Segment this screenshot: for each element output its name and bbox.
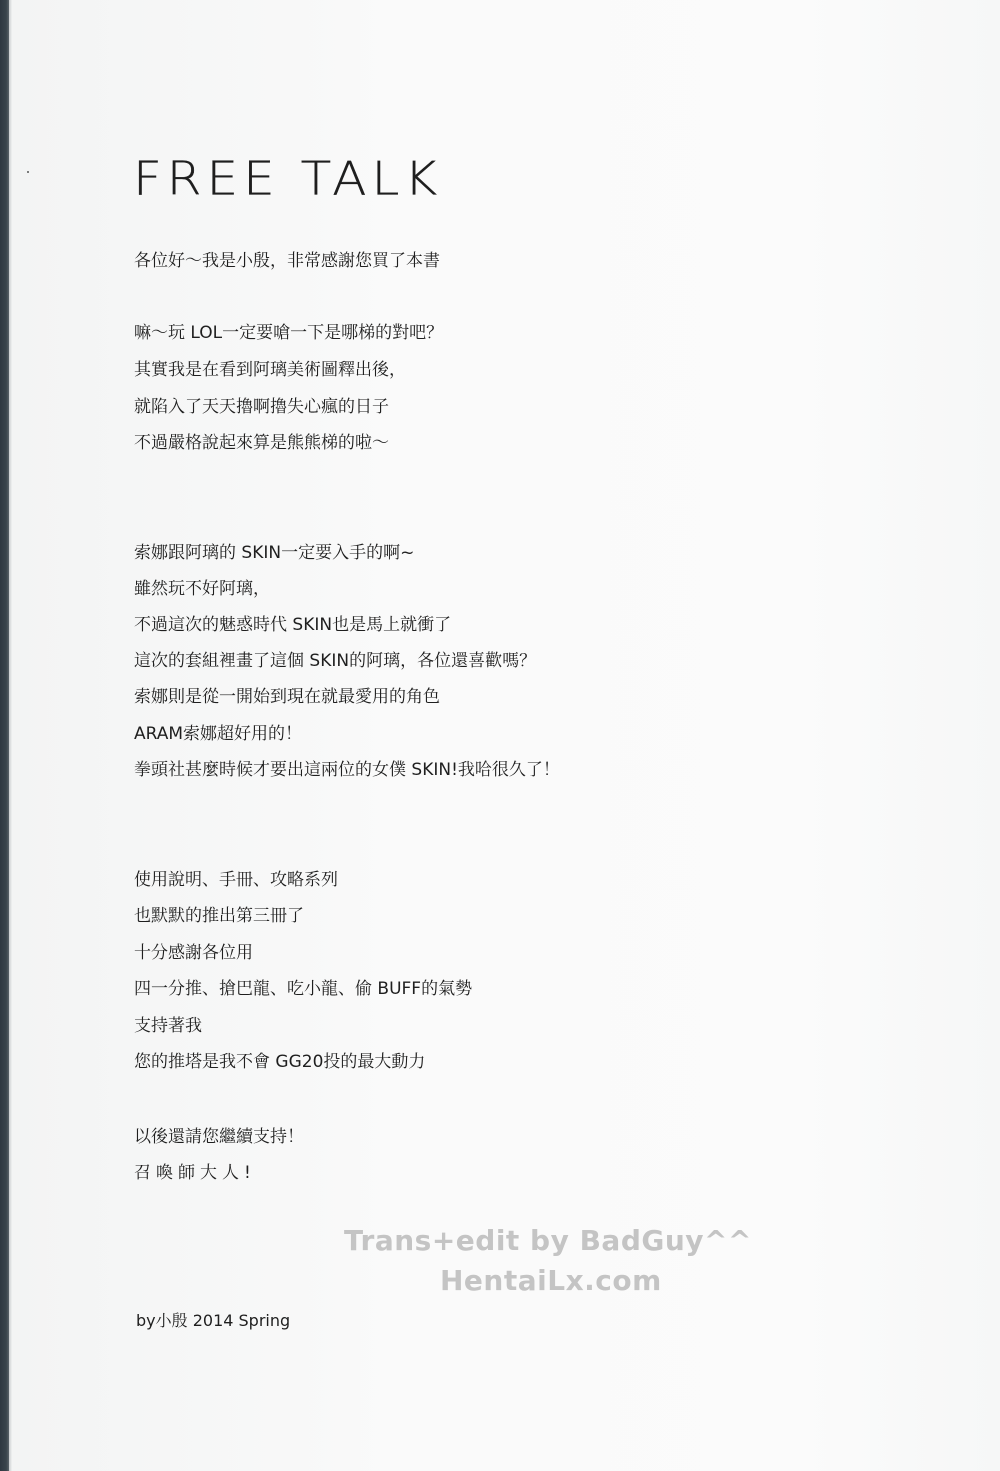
scan-speck — [27, 171, 29, 173]
paragraph-4-line-6: 您的推塔是我不會 GG20投的最大動力 — [134, 1051, 425, 1073]
paragraph-4-line-3: 十分感謝各位用 — [134, 942, 253, 964]
paragraph-4-line-1: 使用說明、手冊、攻略系列 — [134, 869, 338, 891]
scan-binding-edge — [0, 0, 9, 1471]
paragraph-3-line-1: 索娜跟阿璃的 SKIN一定要入手的啊~ — [134, 542, 414, 564]
paragraph-4-line-5: 支持著我 — [134, 1015, 202, 1037]
paragraph-2-line-4: 不過嚴格說起來算是熊熊梯的啦～ — [134, 432, 389, 454]
paragraph-2-line-1: 嘛～玩 LOL一定要嗆一下是哪梯的對吧？ — [134, 322, 443, 344]
paragraph-2-line-3: 就陷入了天天擼啊擼失心瘋的日子 — [134, 396, 389, 418]
paragraph-3-line-2: 雖然玩不好阿璃， — [134, 578, 270, 600]
paragraph-5-line-2: 召喚師大人! — [134, 1162, 256, 1184]
paragraph-3-line-6: ARAM索娜超好用的！ — [134, 723, 302, 745]
signature: by小殷 2014 Spring — [136, 1308, 290, 1331]
paragraph-4-line-4: 四一分推、搶巴龍、吃小龍、偷 BUFF的氣勢 — [134, 978, 472, 1000]
paragraph-3-line-7: 拳頭社甚麼時候才要出這兩位的女僕 SKIN!我哈很久了！ — [134, 759, 560, 781]
paragraph-2-line-2: 其實我是在看到阿璃美術圖釋出後， — [134, 359, 406, 381]
watermark-site: HentaiLx.com — [440, 1264, 662, 1297]
paragraph-3-line-3: 不過這次的魅惑時代 SKIN也是馬上就衝了 — [134, 614, 451, 636]
paragraph-1-line-1: 各位好～我是小殷，非常感謝您買了本書 — [134, 250, 440, 272]
paragraph-3-line-4: 這次的套組裡畫了這個 SKIN的阿璃，各位還喜歡嗎？ — [134, 650, 536, 672]
paragraph-4-line-2: 也默默的推出第三冊了 — [134, 905, 304, 927]
paragraph-3-line-5: 索娜則是從一開始到現在就最愛用的角色 — [134, 686, 440, 708]
paragraph-5-line-1: 以後還請您繼續支持！ — [134, 1126, 304, 1148]
page-title: FREE TALK — [133, 152, 442, 205]
watermark-credit: Trans+edit by BadGuy^^ — [344, 1224, 752, 1257]
